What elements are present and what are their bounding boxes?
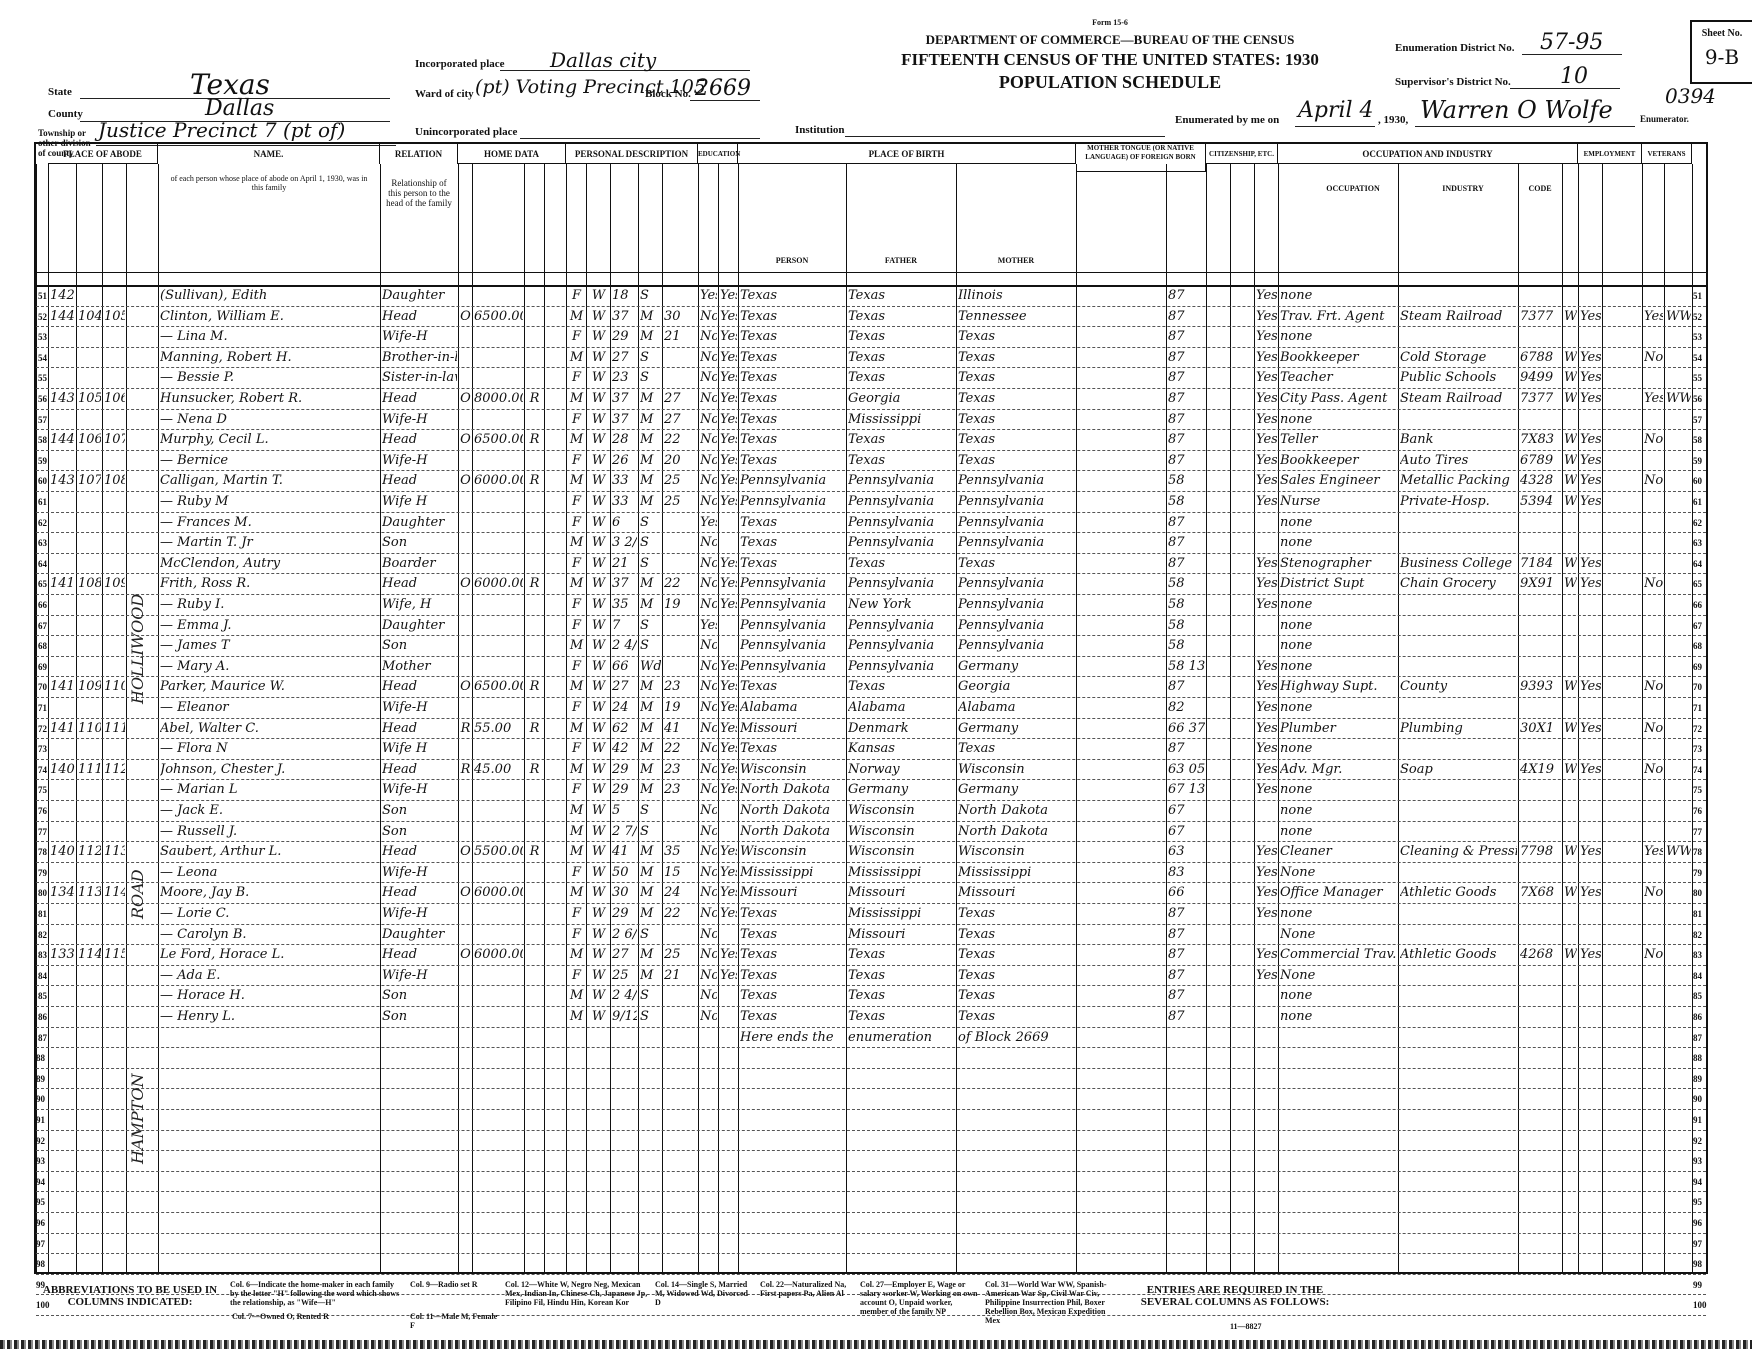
cell-race: W [588, 368, 609, 388]
cell-bpf: Missouri [848, 883, 955, 903]
cell-bp: Missouri [740, 719, 845, 739]
cell-work: Yes [1580, 389, 1601, 409]
cell-eng: Yes [1256, 327, 1277, 347]
cell-eng [1256, 533, 1277, 553]
cell-age: 3 2/12 [612, 533, 637, 553]
cell-mar: M [640, 904, 661, 924]
cell-agem: 27 [664, 389, 697, 409]
cell-read: Yes [720, 348, 737, 368]
cell-line-right: 59 [1693, 451, 1702, 471]
cell-bpm: North Dakota [958, 801, 1075, 821]
cell-bp: Texas [740, 286, 845, 306]
cell-age: 29 [612, 760, 637, 780]
cell-radio [526, 966, 543, 986]
cell-bpm: Texas [958, 925, 1075, 945]
cell-dw [78, 780, 101, 800]
cell-eng: Yes [1256, 307, 1277, 327]
cell-line-right: 90 [1693, 1089, 1702, 1109]
table-row: 69— Mary A.MotherFW66WdNoYesPennsylvania… [36, 657, 1706, 678]
cell-house [50, 801, 75, 821]
cell-bpf: Pennsylvania [848, 471, 955, 491]
cell-dw: 108 [78, 574, 101, 594]
cell-read: Yes [720, 739, 737, 759]
cell-radio [526, 883, 543, 903]
cell-own: O [460, 430, 471, 450]
cell-bpm: Texas [958, 430, 1075, 450]
cell-house: 1406 [50, 760, 75, 780]
cell-sex: F [568, 698, 585, 718]
group-education: EDUCATION [698, 144, 738, 164]
cell-cls [1564, 822, 1577, 842]
cell-bpm: Pennsylvania [958, 533, 1075, 553]
cell-read: Yes [720, 657, 737, 677]
cell-ocode [1520, 1028, 1561, 1048]
cell-mar: M [640, 719, 661, 739]
cell-dw [78, 822, 101, 842]
cell-code: 87 [1168, 904, 1205, 924]
cell-dw: 109 [78, 677, 101, 697]
cell-code: 87 [1168, 966, 1205, 986]
cell-val [474, 451, 523, 471]
cell-name: — Ruby M [160, 492, 379, 512]
cell-vet [1644, 492, 1663, 512]
cell-rel: Head [382, 883, 457, 903]
cell-occ: District Supt [1280, 574, 1397, 594]
schedule-title: POPULATION SCHEDULE [860, 72, 1360, 93]
cell-line: 75 [38, 780, 47, 800]
cell-read: Yes [720, 451, 737, 471]
cell-name [160, 1028, 379, 1048]
cell-dw [78, 348, 101, 368]
cell-war [1666, 430, 1691, 450]
cell-race: W [588, 925, 609, 945]
cell-code: 66 [1168, 883, 1205, 903]
cell-dw [78, 925, 101, 945]
cell-house: 1342 [50, 883, 75, 903]
cell-sch: No [700, 574, 717, 594]
cell-sch: No [700, 677, 717, 697]
cell-fam [104, 636, 125, 656]
cell-radio: R [526, 719, 543, 739]
cell-race: W [588, 966, 609, 986]
cell-fam: 114 [104, 883, 125, 903]
cell-own [460, 595, 471, 615]
cell-agem: 22 [664, 904, 697, 924]
cell-own: O [460, 471, 471, 491]
cell-vet: Yes [1644, 307, 1663, 327]
cell-line-right: 96 [1693, 1213, 1702, 1233]
cell-read: Yes [720, 945, 737, 965]
table-row-empty: 9898 [36, 1254, 1706, 1275]
cell-vet [1644, 925, 1663, 945]
cell-sex: F [568, 739, 585, 759]
footnote-col6: Col. 6—Indicate the home-maker in each f… [230, 1280, 400, 1307]
cell-cls [1564, 801, 1577, 821]
cell-read [720, 616, 737, 636]
cell-rel: Son [382, 801, 457, 821]
cell-fam: 107 [104, 430, 125, 450]
cell-name: — Leona [160, 863, 379, 883]
cell-cls [1564, 863, 1577, 883]
table-row: 53— Lina M.Wife-HFW29M21NoYesTexasTexasT… [36, 327, 1706, 348]
cell-bp: Texas [740, 904, 845, 924]
cell-mar: M [640, 842, 661, 862]
cell-code: 87 [1168, 1007, 1205, 1027]
cell-line-right: 55 [1693, 368, 1702, 388]
cell-agem [664, 348, 697, 368]
cell-work [1580, 801, 1601, 821]
cell-own [460, 801, 471, 821]
cell-war [1666, 595, 1691, 615]
cell-war [1666, 513, 1691, 533]
table-row: 511423(Sullivan), EdithDaughterFW18SYesY… [36, 286, 1706, 307]
cell-val [474, 698, 523, 718]
group-home-data: HOME DATA [458, 144, 566, 164]
cell-race: W [588, 842, 609, 862]
cell-rel: Head [382, 842, 457, 862]
cell-bpm: Pennsylvania [958, 574, 1075, 594]
cell-name: — Lina M. [160, 327, 379, 347]
cell-work: Yes [1580, 574, 1601, 594]
cell-sch: No [700, 410, 717, 430]
cell-occ: Trav. Frt. Agent [1280, 307, 1397, 327]
cell-mar: S [640, 533, 661, 553]
cell-war [1666, 904, 1691, 924]
cell-agem [664, 616, 697, 636]
cell-sex: M [568, 430, 585, 450]
cell-bpf: Texas [848, 554, 955, 574]
cell-line-right: 81 [1693, 904, 1702, 924]
cell-cls: W [1564, 677, 1577, 697]
cell-name: Frith, Ross R. [160, 574, 379, 594]
cell-ocode [1520, 925, 1561, 945]
cell-val [474, 966, 523, 986]
cell-occ: none [1280, 698, 1397, 718]
cell-line: 57 [38, 410, 47, 430]
cell-line: 85 [38, 986, 47, 1006]
cell-bp: Texas [740, 925, 845, 945]
cell-age: 9/12 [612, 1007, 637, 1027]
cell-bpm: North Dakota [958, 822, 1075, 842]
table-row: 61— Ruby MWife HFW33M25NoYesPennsylvania… [36, 492, 1706, 513]
cell-line-right: 97 [1693, 1234, 1702, 1254]
cell-race: W [588, 657, 609, 677]
cell-code [1168, 1028, 1205, 1048]
cell-code: 58 [1168, 636, 1205, 656]
cell-sch: No [700, 471, 717, 491]
cell-val [474, 348, 523, 368]
cell-bpm: Texas [958, 739, 1075, 759]
cell-rel: Head [382, 430, 457, 450]
cell-code: 58 [1168, 574, 1205, 594]
cell-eng [1256, 1028, 1277, 1048]
cell-val [474, 554, 523, 574]
cell-eng: Yes [1256, 883, 1277, 903]
cell-house [50, 986, 75, 1006]
cell-name: — Bernice [160, 451, 379, 471]
cell-bpf: Pennsylvania [848, 533, 955, 553]
cell-dw: 114 [78, 945, 101, 965]
cell-agem: 30 [664, 307, 697, 327]
cell-bpm: Mississippi [958, 863, 1075, 883]
footnote-col11: Col. 11—Male M, Female F [410, 1312, 500, 1330]
cell-dw: 106 [78, 430, 101, 450]
cell-bpm: Pennsylvania [958, 492, 1075, 512]
ed-value: 57-95 [1540, 30, 1603, 55]
cell-name: — Henry L. [160, 1007, 379, 1027]
cell-code: 83 [1168, 863, 1205, 883]
cell-ocode: 9X91 [1520, 574, 1561, 594]
cell-cls: W [1564, 492, 1577, 512]
cell-code: 58 13 2 [1168, 657, 1205, 677]
cell-line: 73 [38, 739, 47, 759]
cell-bp: Texas [740, 368, 845, 388]
cell-fam [104, 863, 125, 883]
cell-own [460, 657, 471, 677]
cell-cls [1564, 698, 1577, 718]
cell-occ: Teacher [1280, 368, 1397, 388]
cell-line: 58 [38, 430, 47, 450]
cell-eng [1256, 822, 1277, 842]
cell-cls: W [1564, 368, 1577, 388]
cell-ind: Plumbing [1400, 719, 1517, 739]
cell-vet [1644, 636, 1663, 656]
cell-race: W [588, 1007, 609, 1027]
cell-code: 67 13 0 [1168, 780, 1205, 800]
cell-fam [104, 616, 125, 636]
cell-read: Yes [720, 286, 737, 306]
cell-line-right: 71 [1693, 698, 1702, 718]
cell-house [50, 533, 75, 553]
cell-age: 41 [612, 842, 637, 862]
page-stamp: 0394 [1665, 84, 1716, 108]
footnote-col22: Col. 22—Naturalized Na, First papers Pa,… [760, 1280, 855, 1298]
cell-war [1666, 657, 1691, 677]
cell-dw [78, 1007, 101, 1027]
cell-line: 77 [38, 822, 47, 842]
cell-bp: North Dakota [740, 801, 845, 821]
cell-mar: M [640, 574, 661, 594]
cell-war [1666, 471, 1691, 491]
cell-line: 86 [38, 1007, 47, 1027]
cell-val: 6500.00 [474, 307, 523, 327]
cell-bpf: Germany [848, 780, 955, 800]
cell-name: McClendon, Autry [160, 554, 379, 574]
cell-race: W [588, 574, 609, 594]
cell-race: W [588, 822, 609, 842]
cell-read: Yes [720, 760, 737, 780]
cell-rel: Son [382, 636, 457, 656]
cell-war [1666, 986, 1691, 1006]
cell-vet [1644, 986, 1663, 1006]
cell-val [474, 925, 523, 945]
cell-own [460, 780, 471, 800]
cell-rel: Wife H [382, 492, 457, 512]
cell-agem [664, 822, 697, 842]
cell-bp: Texas [740, 986, 845, 1006]
cell-house [50, 822, 75, 842]
cell-agem: 24 [664, 883, 697, 903]
cell-sex: F [568, 657, 585, 677]
cell-own: O [460, 883, 471, 903]
table-row: 55— Bessie P.Sister-in-lawFW23SNoYesTexa… [36, 368, 1706, 389]
cell-age: 2 7/12 [612, 822, 637, 842]
cell-ocode: 7377 [1520, 307, 1561, 327]
cell-name: — Flora N [160, 739, 379, 759]
cell-rel: Wife-H [382, 451, 457, 471]
cell-occ: none [1280, 904, 1397, 924]
cell-code: 87 [1168, 513, 1205, 533]
cell-ocode [1520, 698, 1561, 718]
cell-vet [1644, 554, 1663, 574]
population-table: PLACE OF ABODE NAME. RELATION HOME DATA … [34, 142, 1708, 1274]
cell-race: W [588, 595, 609, 615]
cell-vet: No [1644, 574, 1663, 594]
cell-ocode: 9499 [1520, 368, 1561, 388]
incorporated-label: Incorporated place [415, 58, 505, 70]
date-line [1295, 126, 1375, 127]
cell-own [460, 966, 471, 986]
cell-rel: Head [382, 307, 457, 327]
cell-fam [104, 966, 125, 986]
cell-fam [104, 451, 125, 471]
sd-value: 10 [1560, 64, 1588, 89]
table-row: 561431105106Hunsucker, Robert R.HeadO800… [36, 389, 1706, 410]
print-number: 11—8827 [1230, 1322, 1262, 1331]
cell-mar: M [640, 471, 661, 491]
cell-cls [1564, 513, 1577, 533]
cell-mar: S [640, 636, 661, 656]
cell-radio [526, 410, 543, 430]
table-row: 67— Emma J.DaughterFW7SYesPennsylvaniaPe… [36, 616, 1706, 637]
cell-fam: 108 [104, 471, 125, 491]
cell-age: 7 [612, 616, 637, 636]
cell-line: 81 [38, 904, 47, 924]
cell-ocode [1520, 513, 1561, 533]
cell-bp: Here ends the [740, 1028, 845, 1048]
cell-bpf: Texas [848, 451, 955, 471]
cell-read: Yes [720, 410, 737, 430]
cell-age: 27 [612, 945, 637, 965]
cell-vet [1644, 410, 1663, 430]
cell-eng [1256, 801, 1277, 821]
cell-vet [1644, 513, 1663, 533]
cell-fam [104, 780, 125, 800]
cell-occ: Commercial Trav. [1280, 945, 1397, 965]
cell-bpm: Illinois [958, 286, 1075, 306]
cell-dw: 105 [78, 389, 101, 409]
cell-sch: No [700, 719, 717, 739]
cell-work [1580, 925, 1601, 945]
cell-cls [1564, 286, 1577, 306]
table-row: 59— BerniceWife-HFW26M20NoYesTexasTexasT… [36, 451, 1706, 472]
cell-read: Yes [720, 554, 737, 574]
cell-read: Yes [720, 966, 737, 986]
cell-rel: Wife H [382, 739, 457, 759]
cell-dw [78, 410, 101, 430]
col-code: CODE [1518, 184, 1562, 202]
cell-sch: No [700, 307, 717, 327]
cell-mar: M [640, 451, 661, 471]
cell-work: Yes [1580, 471, 1601, 491]
cell-bpf: Kansas [848, 739, 955, 759]
cell-agem [664, 925, 697, 945]
cell-val [474, 780, 523, 800]
table-row: 781402112113Saubert, Arthur L.HeadO5500.… [36, 842, 1706, 863]
cell-fam [104, 554, 125, 574]
cell-work [1580, 986, 1601, 1006]
cell-radio [526, 780, 543, 800]
cell-sch: Yes [700, 286, 717, 306]
cell-val: 45.00 [474, 760, 523, 780]
cell-age: 66 [612, 657, 637, 677]
cell-work [1580, 533, 1601, 553]
cell-mar: M [640, 739, 661, 759]
cell-war [1666, 616, 1691, 636]
cell-ind [1400, 925, 1517, 945]
cell-rel: Wife-H [382, 327, 457, 347]
cell-radio [526, 533, 543, 553]
cell-eng: Yes [1256, 595, 1277, 615]
unincorporated-label: Unincorporated place [415, 126, 517, 138]
cell-sch: No [700, 657, 717, 677]
cell-bpf: Mississippi [848, 904, 955, 924]
cell-occ: Highway Supt. [1280, 677, 1397, 697]
cell-occ [1280, 1028, 1397, 1048]
unincorporated-line [520, 138, 760, 139]
cell-cls: W [1564, 471, 1577, 491]
cell-bpm: Wisconsin [958, 842, 1075, 862]
cell-agem: 23 [664, 677, 697, 697]
street-name-holliwood: HOLLIWOOD [128, 594, 147, 704]
group-place-of-abode: PLACE OF ABODE [48, 144, 158, 164]
cell-name: Clinton, William E. [160, 307, 379, 327]
cell-own [460, 986, 471, 1006]
cell-house [50, 904, 75, 924]
cell-line: 70 [38, 677, 47, 697]
cell-line: 61 [38, 492, 47, 512]
cell-occ: Bookkeeper [1280, 451, 1397, 471]
cell-fam [104, 801, 125, 821]
cell-race [588, 1028, 609, 1048]
cell-fam [104, 657, 125, 677]
cell-sex: F [568, 780, 585, 800]
cell-eng: Yes [1256, 739, 1277, 759]
cell-ocode [1520, 863, 1561, 883]
cell-age: 37 [612, 410, 637, 430]
cell-dw [78, 657, 101, 677]
cell-sch: No [700, 533, 717, 553]
cell-line-right: 64 [1693, 554, 1702, 574]
cell-bpf: Texas [848, 945, 955, 965]
cell-bp: North Dakota [740, 822, 845, 842]
cell-age: 27 [612, 677, 637, 697]
cell-age: 35 [612, 595, 637, 615]
cell-work: Yes [1580, 760, 1601, 780]
cell-war [1666, 760, 1691, 780]
cell-agem: 22 [664, 739, 697, 759]
cell-own [460, 348, 471, 368]
cell-vet: No [1644, 760, 1663, 780]
cell-agem: 25 [664, 471, 697, 491]
cell-age: 29 [612, 327, 637, 347]
cell-cls: W [1564, 883, 1577, 903]
cell-agem [664, 1007, 697, 1027]
cell-read: Yes [720, 842, 737, 862]
cell-line: 56 [38, 389, 47, 409]
cell-own [460, 863, 471, 883]
cell-line-right: 62 [1693, 513, 1702, 533]
